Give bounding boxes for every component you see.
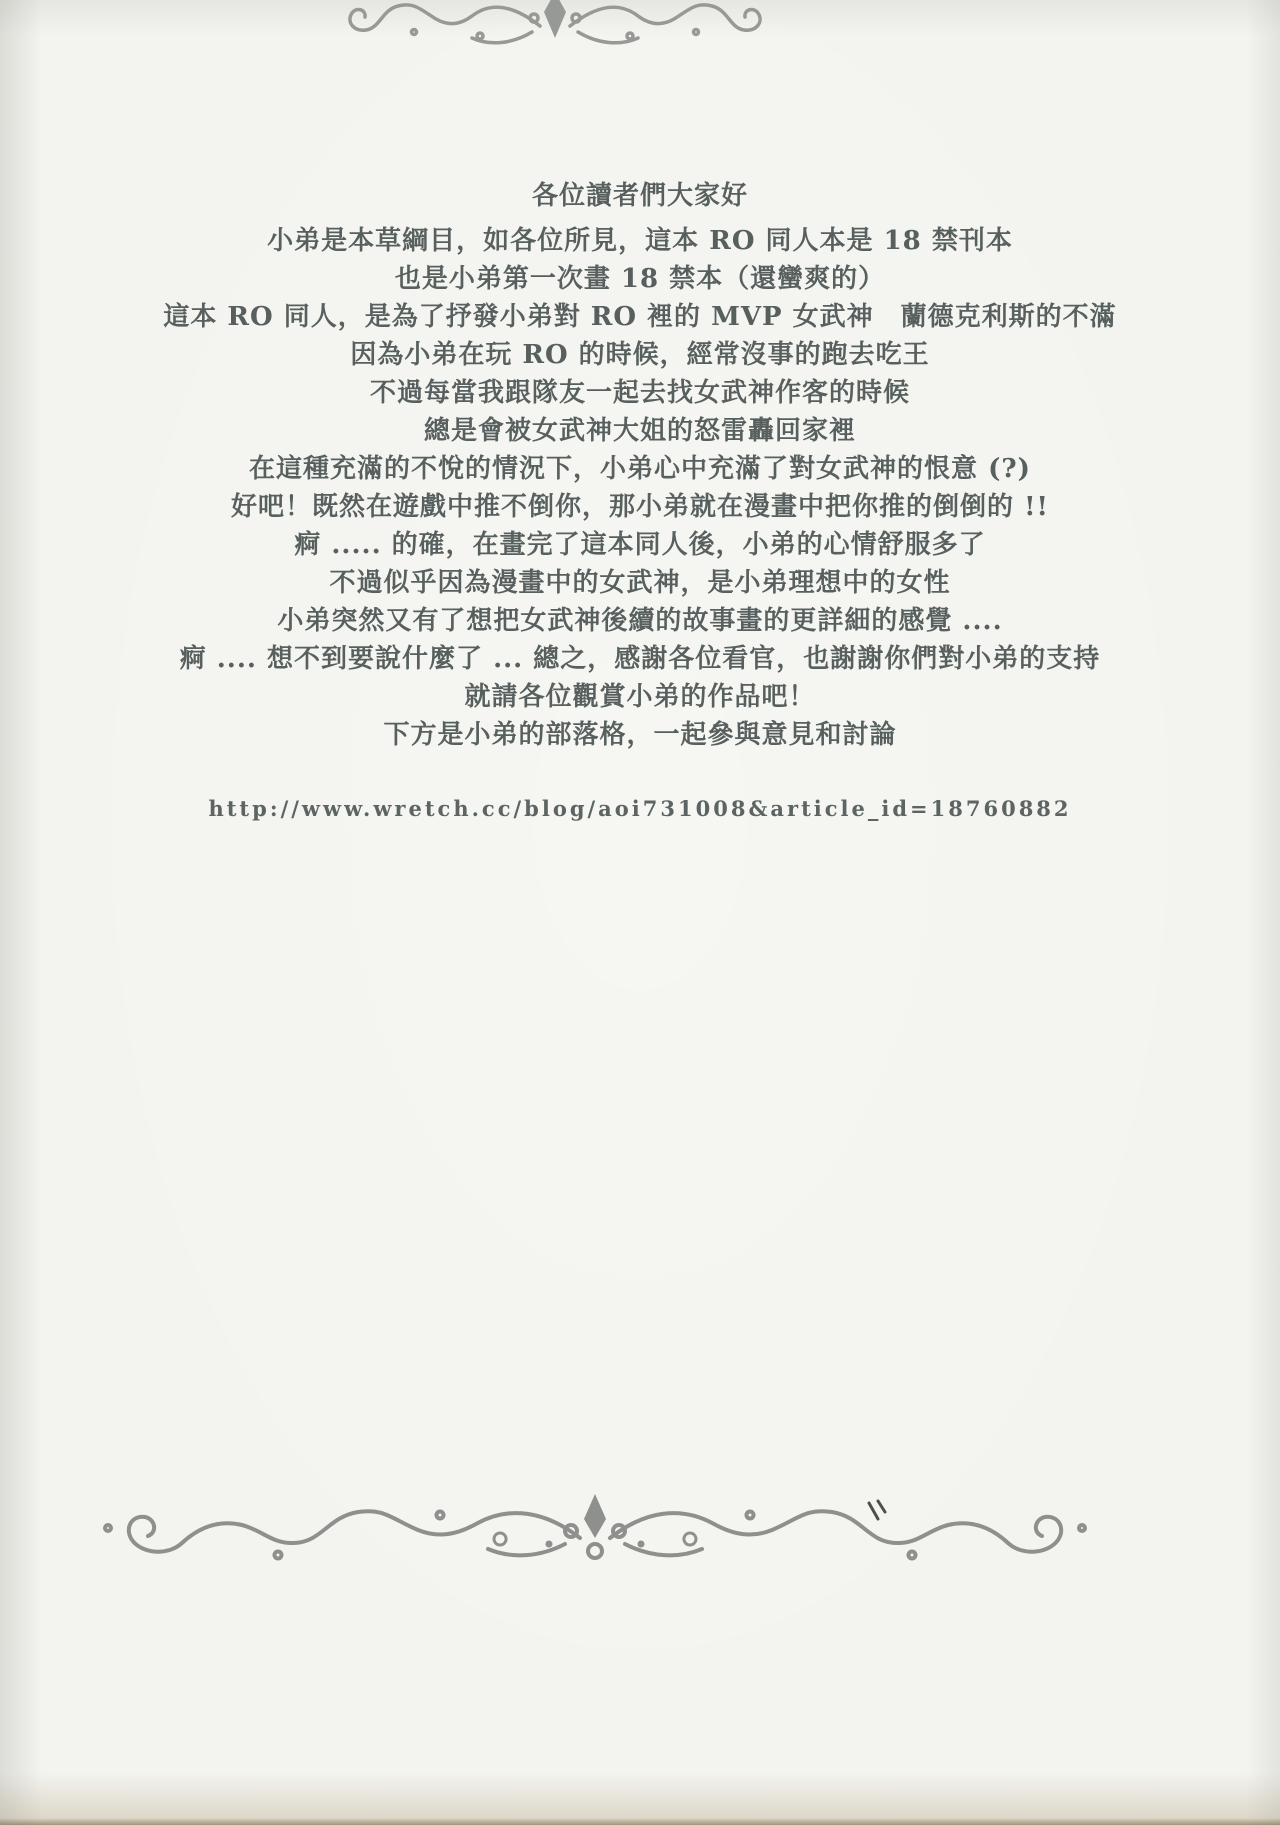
afterword-line: 不過似乎因為漫畫中的女武神，是小弟理想中的女性 bbox=[50, 570, 1230, 597]
afterword-line: 好吧！既然在遊戲中推不倒你，那小弟就在漫畫中把你推的倒倒的 !! bbox=[50, 494, 1230, 521]
afterword-line: 下方是小弟的部落格，一起參與意見和討論 bbox=[50, 722, 1230, 749]
blog-url-text: http://www.wretch.cc/blog/aoi731008&arti… bbox=[50, 795, 1230, 822]
afterword-line: 總是會被女武神大姐的怒雷轟回家裡 bbox=[50, 418, 1230, 445]
afterword-line: 也是小弟第一次畫 18 禁本（還蠻爽的） bbox=[50, 266, 1230, 293]
afterword-line: 小弟是本草綱目，如各位所見，這本 RO 同人本是 18 禁刊本 bbox=[50, 228, 1230, 255]
afterword-line: 痾 ..... 的確，在畫完了這本同人後，小弟的心情舒服多了 bbox=[50, 532, 1230, 559]
afterword-line: 在這種充滿的不悅的情況下，小弟心中充滿了對女武神的恨意 (?) bbox=[50, 456, 1230, 483]
afterword-line: 小弟突然又有了想把女武神後續的故事畫的更詳細的感覺 .... bbox=[50, 608, 1230, 635]
afterword-line: 不過每當我跟隊友一起去找女武神作客的時候 bbox=[50, 380, 1230, 407]
afterword-line: 各位讀者們大家好 bbox=[50, 183, 1230, 210]
afterword-line: 痾 .... 想不到要說什麼了 ... 總之，感謝各位看官，也謝謝你們對小弟的支… bbox=[50, 646, 1230, 673]
top-flourish-ornament-icon bbox=[330, 0, 780, 54]
stray-ink-mark bbox=[866, 1498, 888, 1524]
afterword-line: 就請各位觀賞小弟的作品吧！ bbox=[50, 684, 1230, 711]
afterword-line: 這本 RO 同人，是為了抒發小弟對 RO 裡的 MVP 女武神 蘭德克利斯的不滿 bbox=[50, 304, 1230, 331]
afterword-line: 因為小弟在玩 RO 的時候，經常沒事的跑去吃王 bbox=[50, 342, 1230, 369]
scanned-afterword-page: 各位讀者們大家好 小弟是本草綱目，如各位所見，這本 RO 同人本是 18 禁刊本… bbox=[0, 0, 1280, 1825]
afterword-text-block: 各位讀者們大家好 小弟是本草綱目，如各位所見，這本 RO 同人本是 18 禁刊本… bbox=[50, 183, 1230, 833]
bottom-flourish-ornament-icon bbox=[50, 1488, 1140, 1580]
